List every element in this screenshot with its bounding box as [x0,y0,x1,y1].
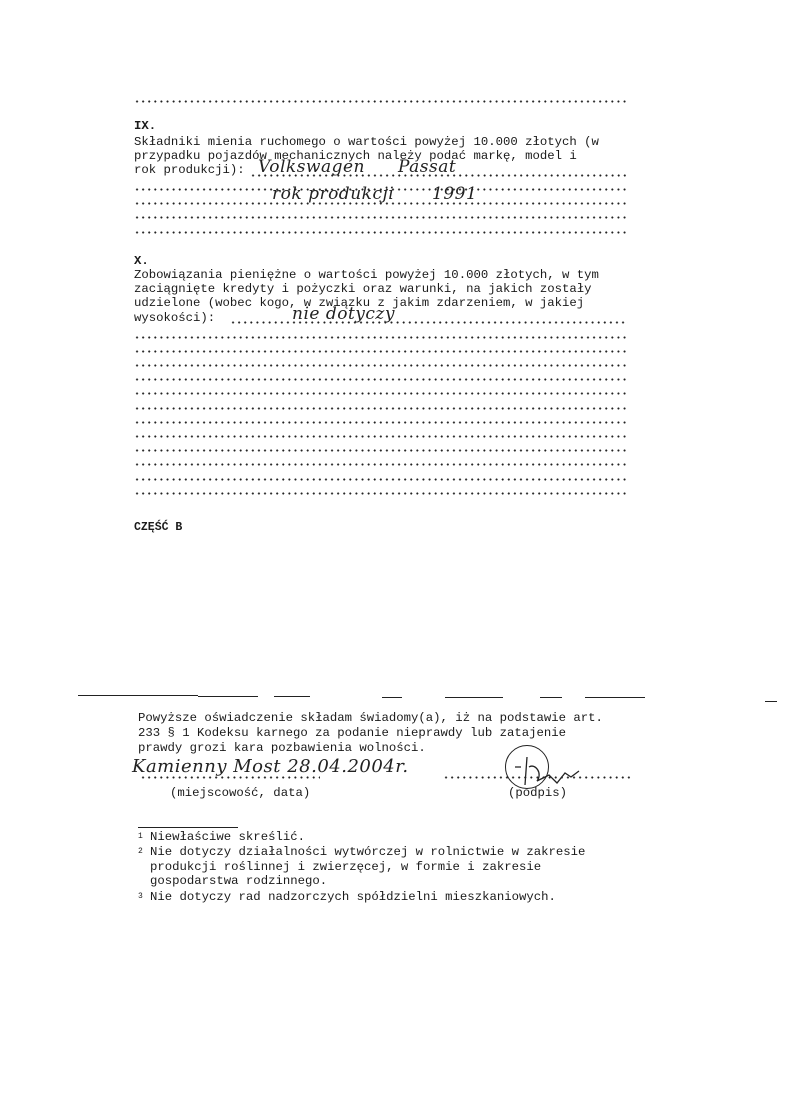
separator-line [382,697,402,698]
dotted-line [134,449,628,452]
dotted-line [134,350,628,353]
dotted-line [134,364,628,367]
dotted-line [134,478,628,481]
section-ix-text-1: Składniki mienia ruchomego o wartości po… [134,135,599,150]
dotted-line [134,421,628,424]
dotted-line [134,100,628,103]
dotted-line [230,321,628,324]
footnote-2: Nie dotyczy działalności wytwórczej w ro… [150,845,585,889]
section-x-heading: X. [134,254,149,269]
separator-line [198,696,258,697]
dotted-line [134,435,628,438]
handwritten-answer[interactable]: nie dotyczy [292,304,395,324]
separator-line [445,697,503,698]
handwritten-year[interactable]: 1991 [432,184,477,204]
footnote-1: Niewłaściwe skreślić. [150,830,305,845]
footnote-rule [138,827,238,828]
dotted-line [134,492,628,495]
declaration-text-1: Powyższe oświadczenie składam świadomy(a… [138,711,603,726]
separator-line [274,696,310,697]
section-b-heading: CZĘŚĆ B [134,521,182,536]
handwritten-make[interactable]: Volkswagen [258,157,365,177]
section-x-text-1: Zobowiązania pieniężne o wartości powyże… [134,268,599,283]
footnote-mark-2: 2 [138,845,143,860]
separator-line [765,701,777,702]
section-x-text-2: zaciągnięte kredyty i pożyczki oraz waru… [134,282,592,297]
handwritten-model[interactable]: Passat [398,157,456,177]
dotted-line [134,336,628,339]
dotted-line [134,407,628,410]
section-ix-heading: IX. [134,119,156,134]
separator-line [540,697,562,698]
footnote-mark-1: 1 [138,830,143,845]
declaration-text-2: 233 § 1 Kodeksu karnego za podanie niepr… [138,726,566,741]
dotted-line [134,231,628,234]
dotted-line [134,216,628,219]
section-ix-text-3: rok produkcji): [134,163,245,178]
dotted-line [134,463,628,466]
dotted-line [134,378,628,381]
section-x-text-4: wysokości): [134,311,215,326]
separator-line [78,695,198,696]
handwritten-place-date[interactable]: Kamienny Most 28.04.2004r. [132,756,409,777]
place-date-caption: (miejscowość, data) [170,786,310,801]
dotted-line [134,392,628,395]
footnote-3: Nie dotyczy rad nadzorczych spółdzielni … [150,890,556,905]
separator-line [585,697,645,698]
footnote-mark-3: 3 [138,890,143,905]
signature-caption: (podpis) [508,786,567,801]
handwritten-year-label[interactable]: rok produkcji [272,184,394,204]
declaration-text-3: prawdy grozi kara pozbawienia wolności. [138,741,426,756]
